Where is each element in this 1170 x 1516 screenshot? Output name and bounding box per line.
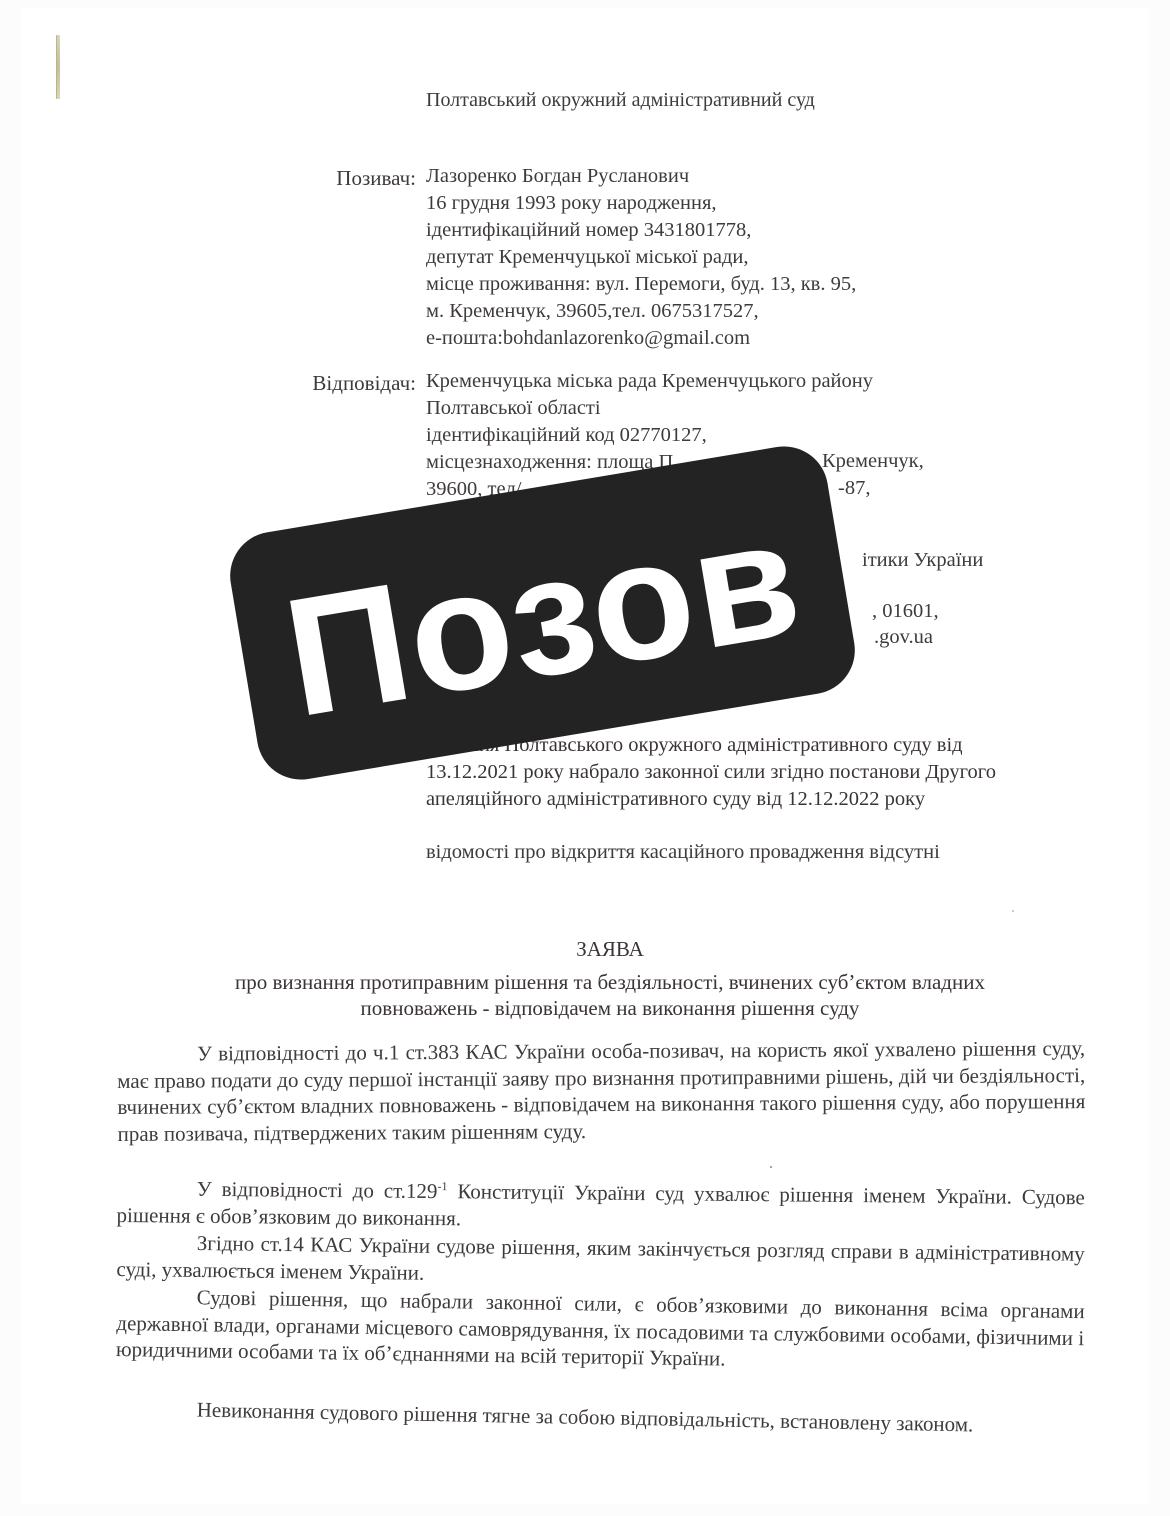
decision-status-line-2: 13.12.2021 року набрало законної сили зг… bbox=[426, 759, 996, 786]
article-superscript: -1 bbox=[437, 1179, 447, 1193]
plaintiff-id-number: ідентифікаційний номер 3431801778, bbox=[426, 217, 856, 244]
paragraph-text: У відповідності до ч.1 ст.383 КАС Україн… bbox=[117, 1035, 1086, 1147]
plaintiff-label: Позивач: bbox=[276, 166, 416, 190]
defendant-city-fragment: Кременчук, bbox=[822, 449, 924, 473]
paragraph-2-start: У відповідності до ст.129 bbox=[197, 1177, 438, 1203]
statement-subtitle-line-1: про визнання протиправним рішення та без… bbox=[0, 970, 1170, 995]
plaintiff-city-phone: м. Кременчук, 39605,тел. 0675317527, bbox=[426, 298, 856, 325]
third-party-name-fragment: ітики України bbox=[862, 548, 983, 572]
plaintiff-address: місце проживання: вул. Перемоги, буд. 13… bbox=[426, 271, 856, 298]
body-paragraph-1: У відповідності до ч.1 ст.383 КАС Україн… bbox=[117, 1035, 1086, 1147]
statement-title: ЗАЯВА bbox=[0, 937, 1170, 962]
defendant-label: Відповідач: bbox=[276, 371, 416, 395]
decision-status-line-3: апеляційного адміністративного суду від … bbox=[426, 786, 996, 813]
staple-mark bbox=[56, 35, 60, 99]
defendant-name: Кременчуцька міська рада Кременчуцького … bbox=[426, 368, 873, 395]
defendant-phone-fragment: -87, bbox=[838, 476, 870, 500]
plaintiff-details: Лазоренко Богдан Русланович 16 грудня 19… bbox=[426, 163, 856, 352]
statement-subtitle-line-2: повноважень - відповідачем на виконання … bbox=[0, 996, 1170, 1021]
court-name: Полтавський окружний адміністративний су… bbox=[426, 88, 815, 112]
stamp-label: Позов bbox=[275, 491, 812, 742]
defendant-id-code: ідентифікаційний код 02770127, bbox=[426, 422, 873, 449]
third-party-postcode-fragment: , 01601, bbox=[872, 599, 939, 623]
plaintiff-position: депутат Кременчуцької міської ради, bbox=[426, 244, 856, 271]
defendant-region: Полтавської області bbox=[426, 395, 873, 422]
paragraph-text: Судові рішення, що набрали законної сили… bbox=[116, 1283, 1085, 1378]
paragraph-text: У відповідності до ст.129-1 Конституції … bbox=[116, 1175, 1084, 1237]
plaintiff-name: Лазоренко Богдан Русланович bbox=[426, 163, 856, 190]
body-paragraph-2: У відповідності до ст.129-1 Конституції … bbox=[116, 1175, 1084, 1237]
scan-speck bbox=[1012, 910, 1014, 912]
body-paragraph-4: Судові рішення, що набрали законної сили… bbox=[116, 1283, 1085, 1378]
scan-speck bbox=[770, 1166, 772, 1168]
plaintiff-birthdate: 16 грудня 1993 року народження, bbox=[426, 190, 856, 217]
cassation-note: відомості про відкриття касаційного пров… bbox=[426, 840, 940, 864]
third-party-email-fragment: .gov.ua bbox=[874, 625, 933, 649]
plaintiff-email: е-пошта:bohdanlazorenko@gmail.com bbox=[426, 325, 856, 352]
